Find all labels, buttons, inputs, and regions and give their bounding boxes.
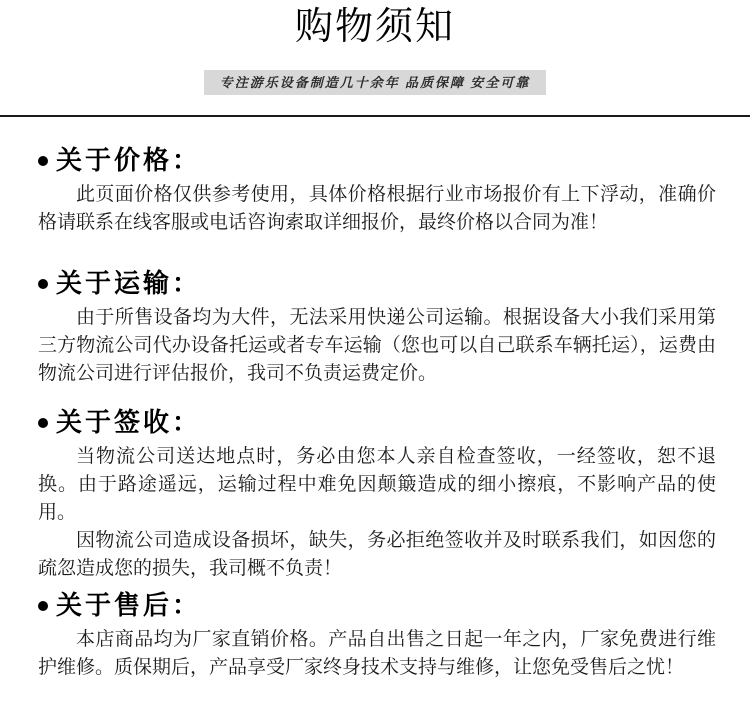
bullet-icon [38, 418, 48, 428]
header: 购物须知 专注游乐设备制造几十余年 品质保障 安全可靠 [0, 0, 750, 95]
section-heading-label: 关于价格： [56, 146, 201, 176]
section-paragraph: 当物流公司送达地点时，务必由您本人亲自检查签收，一经签收，恕不退换。由于路途遥远… [38, 443, 716, 527]
bullet-icon [38, 279, 48, 289]
divider [0, 115, 750, 117]
section-paragraph: 由于所售设备均为大件，无法采用快递公司运输。根据设备大小我们采用第三方物流公司代… [38, 304, 716, 388]
section-heading-aftersales: 关于售后： [38, 591, 716, 621]
section-heading-price: 关于价格： [38, 146, 716, 176]
section-heading-receipt: 关于签收： [38, 408, 716, 438]
section-price: 关于价格： 此页面价格仅供参考使用，具体价格根据行业市场报价有上下浮动，准确价格… [38, 146, 716, 237]
section-heading-label: 关于签收： [56, 408, 201, 438]
section-paragraph: 因物流公司造成设备损坏，缺失，务必拒绝签收并及时联系我们，如因您的疏忽造成您的损… [38, 527, 716, 583]
section-shipping: 关于运输： 由于所售设备均为大件，无法采用快递公司运输。根据设备大小我们采用第三… [38, 269, 716, 388]
bullet-icon [38, 601, 48, 611]
section-heading-label: 关于运输： [56, 269, 201, 299]
shopping-notice-page: 购物须知 专注游乐设备制造几十余年 品质保障 安全可靠 关于价格： 此页面价格仅… [0, 0, 750, 722]
page-title: 购物须知 [0, 4, 750, 50]
bullet-icon [38, 156, 48, 166]
section-heading-label: 关于售后： [56, 591, 201, 621]
section-receipt: 关于签收： 当物流公司送达地点时，务必由您本人亲自检查签收，一经签收，恕不退换。… [38, 408, 716, 583]
brand-banner: 专注游乐设备制造几十余年 品质保障 安全可靠 [204, 70, 547, 95]
section-paragraph: 此页面价格仅供参考使用，具体价格根据行业市场报价有上下浮动，准确价格请联系在线客… [38, 181, 716, 237]
section-aftersales: 关于售后： 本店商品均为厂家直销价格。产品自出售之日起一年之内，厂家免费进行维护… [38, 591, 716, 682]
notice-content: 关于价格： 此页面价格仅供参考使用，具体价格根据行业市场报价有上下浮动，准确价格… [0, 146, 750, 682]
section-paragraph: 本店商品均为厂家直销价格。产品自出售之日起一年之内，厂家免费进行维护维修。质保期… [38, 626, 716, 682]
section-heading-shipping: 关于运输： [38, 269, 716, 299]
